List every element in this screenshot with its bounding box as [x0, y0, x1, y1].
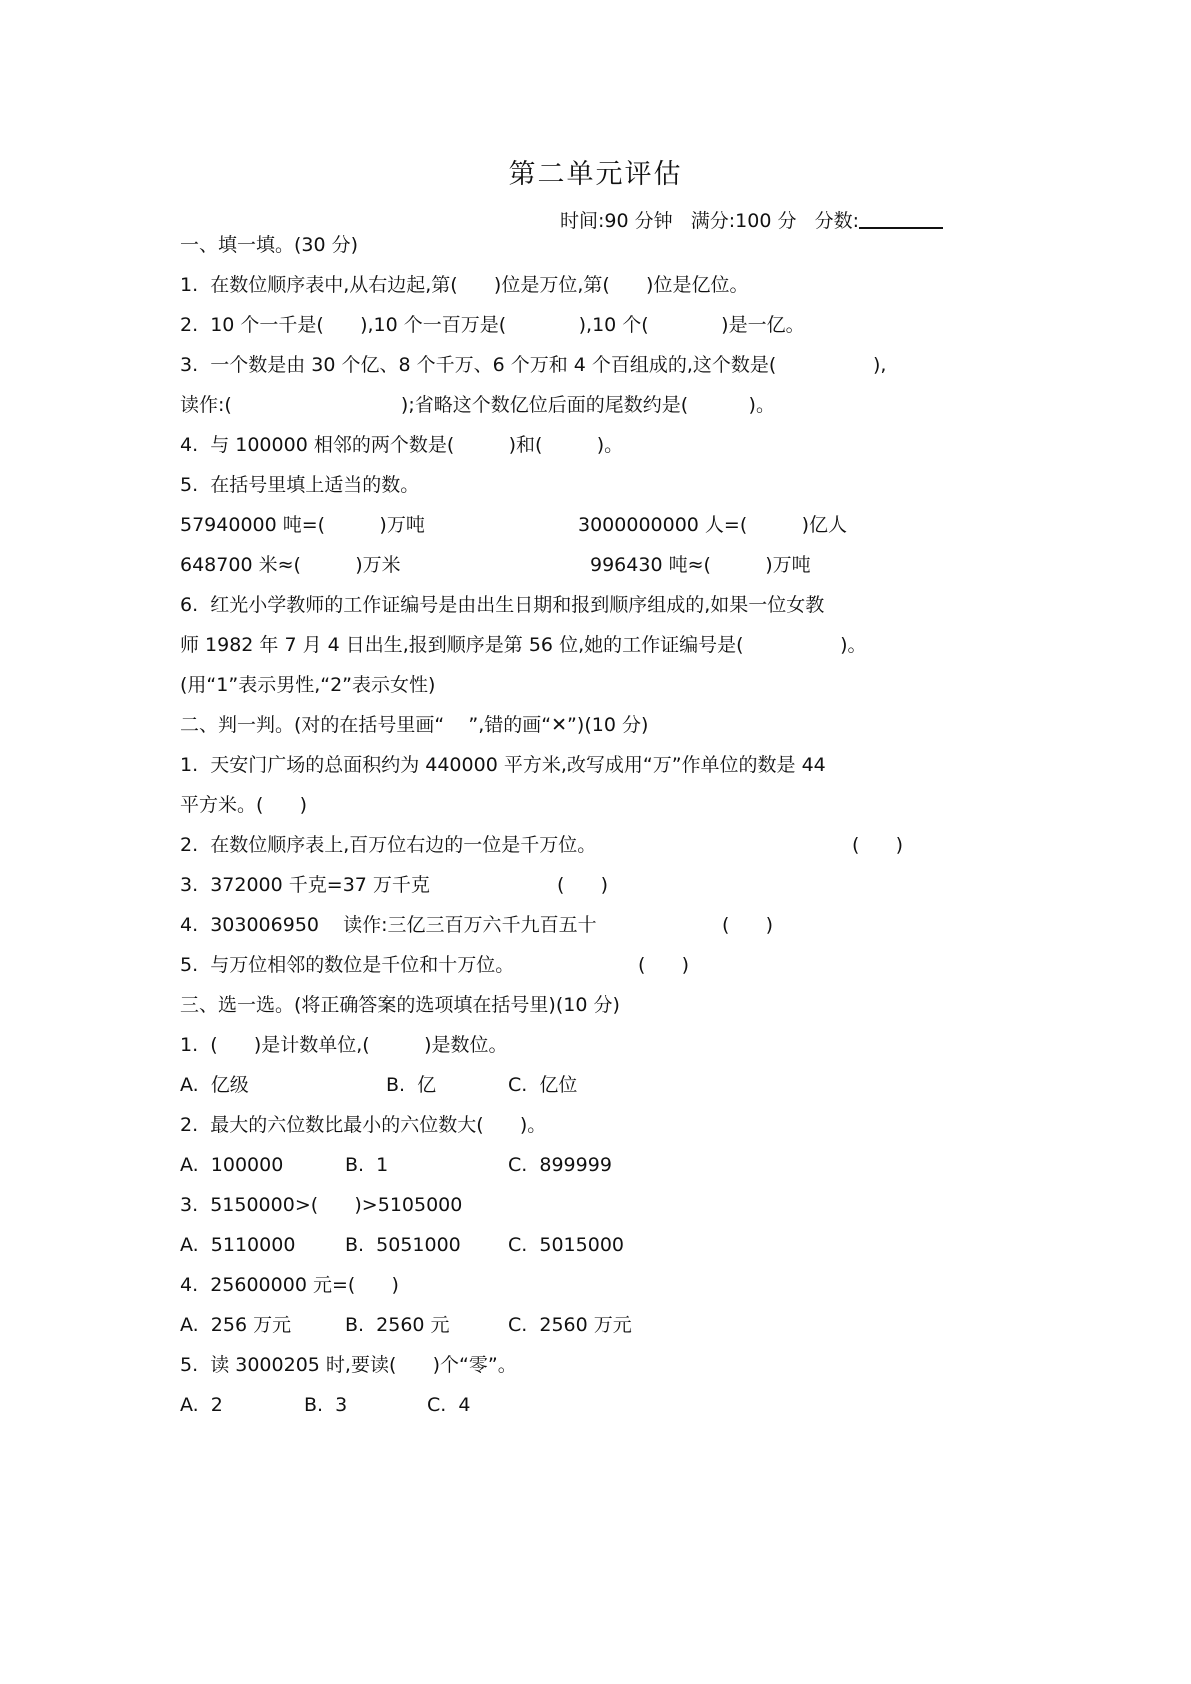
worksheet-page: 第二单元评估 时间:90 分钟 满分:100 分 分数: 一、填一填。(30 分… [0, 0, 1191, 1684]
section-heading-judge: 二、判一判。(对的在括号里画“ ”,错的画“✕”)(10 分) [180, 712, 648, 738]
s2-q2-answer-paren[interactable]: ( ) [852, 832, 903, 858]
page-title: 第二单元评估 [0, 152, 1191, 191]
s1-q5-item-3: 648700 米≈( )万米 [180, 552, 401, 578]
s1-q5-item-4: 996430 吨≈( )万吨 [590, 552, 811, 578]
full-score: 满分:100 分 [691, 210, 797, 232]
s2-question-4: 4. 303006950 读作:三亿三百万六千九百五十 [180, 912, 597, 938]
s1-question-1: 1. 在数位顺序表中,从右边起,第( )位是万位,第( )位是亿位。 [180, 272, 748, 298]
s1-question-6-line3: (用“1”表示男性,“2”表示女性) [180, 672, 435, 698]
s3-q5-option-c: C. 4 [427, 1392, 470, 1418]
section-heading-fill: 一、填一填。(30 分) [180, 232, 358, 258]
s2-q5-answer-paren[interactable]: ( ) [638, 952, 689, 978]
s3-q4-option-b: B. 2560 元 [345, 1312, 450, 1338]
s3-q4-option-a: A. 256 万元 [180, 1312, 291, 1338]
s1-question-2: 2. 10 个一千是( ),10 个一百万是( ),10 个( )是一亿。 [180, 312, 805, 338]
s3-q2-option-c: C. 899999 [508, 1152, 612, 1178]
s1-question-6-line2: 师 1982 年 7 月 4 日出生,报到顺序是第 56 位,她的工作证编号是(… [180, 632, 867, 658]
s1-q5-item-1: 57940000 吨=( )万吨 [180, 512, 425, 538]
exam-meta: 时间:90 分钟 满分:100 分 分数: [560, 206, 943, 233]
s3-q2-option-a: A. 100000 [180, 1152, 283, 1178]
s3-question-3: 3. 5150000>( )>5105000 [180, 1192, 462, 1218]
s1-question-4: 4. 与 100000 相邻的两个数是( )和( )。 [180, 432, 623, 458]
s2-question-5: 5. 与万位相邻的数位是千位和十万位。 [180, 952, 514, 978]
s1-question-3-line1: 3. 一个数是由 30 个亿、8 个千万、6 个万和 4 个百组成的,这个数是(… [180, 352, 886, 378]
score-blank[interactable] [859, 209, 943, 229]
s2-question-2: 2. 在数位顺序表上,百万位右边的一位是千万位。 [180, 832, 596, 858]
s3-question-5: 5. 读 3000205 时,要读( )个“零”。 [180, 1352, 517, 1378]
s3-q5-option-b: B. 3 [304, 1392, 347, 1418]
s2-q3-answer-paren[interactable]: ( ) [557, 872, 608, 898]
score-label: 分数: [815, 210, 859, 232]
s2-question-1-line2: 平方米。( ) [180, 792, 307, 818]
section-heading-choose: 三、选一选。(将正确答案的选项填在括号里)(10 分) [180, 992, 620, 1018]
s3-q1-option-b: B. 亿 [386, 1072, 436, 1098]
s3-q3-option-a: A. 5110000 [180, 1232, 295, 1258]
s2-question-1-line1: 1. 天安门广场的总面积约为 440000 平方米,改写成用“万”作单位的数是 … [180, 752, 826, 778]
time-limit: 时间:90 分钟 [560, 210, 673, 232]
s3-q1-option-c: C. 亿位 [508, 1072, 577, 1098]
s2-question-3: 3. 372000 千克=37 万千克 [180, 872, 430, 898]
s1-q5-item-2: 3000000000 人=( )亿人 [578, 512, 847, 538]
s1-question-6-line1: 6. 红光小学教师的工作证编号是由出生日期和报到顺序组成的,如果一位女教 [180, 592, 824, 618]
s3-q2-option-b: B. 1 [345, 1152, 388, 1178]
s3-q3-option-c: C. 5015000 [508, 1232, 624, 1258]
s3-q4-option-c: C. 2560 万元 [508, 1312, 632, 1338]
s3-question-1: 1. ( )是计数单位,( )是数位。 [180, 1032, 508, 1058]
s1-question-3-line2: 读作:( );省略这个数亿位后面的尾数约是( )。 [180, 392, 775, 418]
s1-question-5: 5. 在括号里填上适当的数。 [180, 472, 419, 498]
s3-question-4: 4. 25600000 元=( ) [180, 1272, 399, 1298]
s2-q4-answer-paren[interactable]: ( ) [722, 912, 773, 938]
s3-question-2: 2. 最大的六位数比最小的六位数大( )。 [180, 1112, 546, 1138]
s3-q1-option-a: A. 亿级 [180, 1072, 249, 1098]
s3-q5-option-a: A. 2 [180, 1392, 223, 1418]
s3-q3-option-b: B. 5051000 [345, 1232, 461, 1258]
